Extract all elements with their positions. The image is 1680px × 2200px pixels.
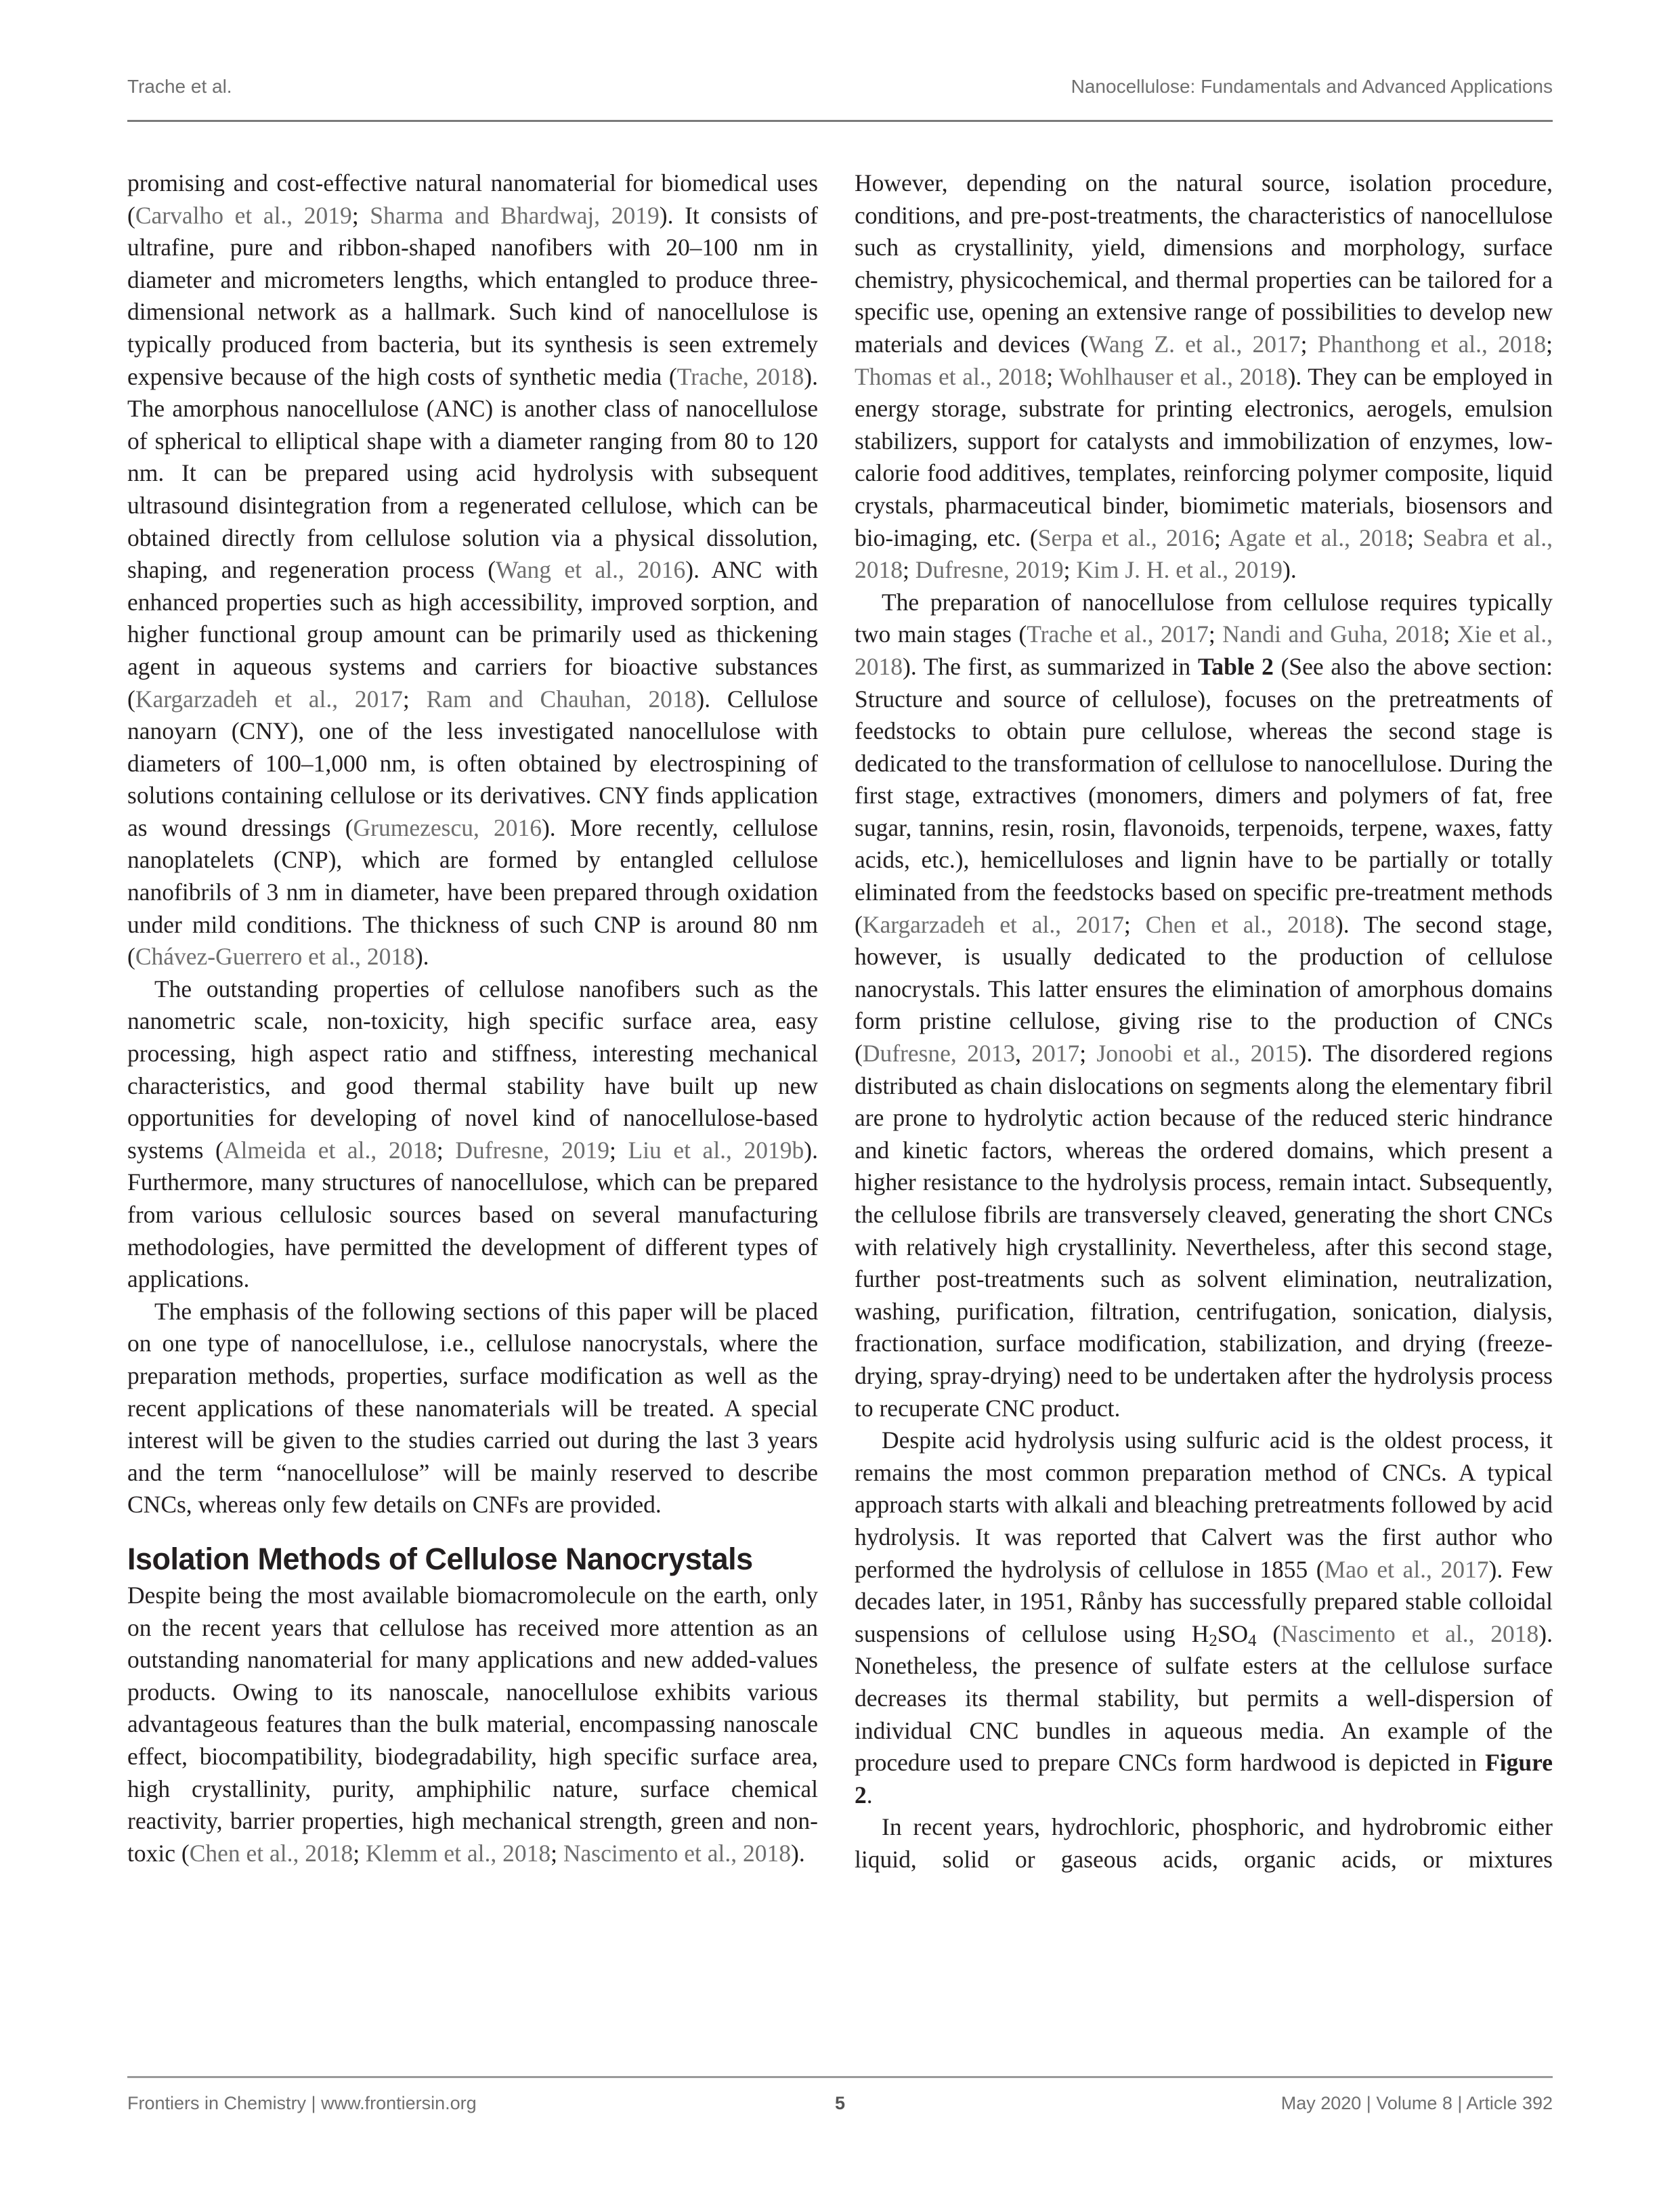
text: ; [1443, 620, 1457, 648]
citation-link[interactable]: Wang et al., 2016 [496, 556, 685, 583]
citation-link[interactable]: Serpa et al., 2016 [1038, 524, 1214, 551]
citation-link[interactable]: 2017 [1031, 1040, 1079, 1067]
text: ). [415, 943, 429, 970]
text: ). It consists of ultrafine, pure and ri… [127, 202, 818, 390]
citation-link[interactable]: Ram and Chauhan, 2018 [427, 685, 697, 713]
running-head: Trache et al. Nanocellulose: Fundamental… [127, 76, 1553, 108]
text: Despite being the most available biomacr… [127, 1582, 818, 1867]
text: ). The first, as summarized in [903, 653, 1198, 680]
paragraph-tailored-properties: However, depending on the natural source… [855, 167, 1553, 587]
citation-link[interactable]: Sharma and Bhardwaj, 2019 [370, 202, 659, 229]
text: ( [1257, 1620, 1281, 1647]
text: SO [1218, 1620, 1248, 1647]
text: ; [437, 1137, 455, 1164]
citation-link[interactable]: Mao et al., 2017 [1324, 1556, 1489, 1583]
citation-link[interactable]: Chen et al., 2018 [190, 1840, 353, 1867]
citation-link[interactable]: Trache et al., 2017 [1027, 620, 1209, 648]
text: ; [1407, 524, 1423, 551]
text: ; [1124, 911, 1146, 938]
text: ). The amorphous nanocellulose (ANC) is … [127, 363, 818, 584]
citation-link[interactable]: Wohlhauser et al., 2018 [1059, 363, 1288, 390]
section-heading: Isolation Methods of Cellulose Nanocryst… [127, 1540, 818, 1578]
citation-link[interactable]: Thomas et al., 2018 [855, 363, 1046, 390]
text: ; [1046, 363, 1059, 390]
text: , [1015, 1040, 1031, 1067]
paragraph-emphasis: The emphasis of the following sections o… [127, 1296, 818, 1521]
text: ; [1301, 331, 1318, 358]
text: The emphasis of the following sections o… [127, 1298, 818, 1519]
header-rule [127, 120, 1553, 122]
right-column: However, depending on the natural source… [855, 167, 1553, 1876]
text: ; [353, 1840, 366, 1867]
citation-link[interactable]: Nandi and Guha, 2018 [1222, 620, 1443, 648]
text: ; [1079, 1040, 1096, 1067]
citation-link[interactable]: Chen et al., 2018 [1146, 911, 1335, 938]
text: . [867, 1781, 873, 1808]
table-reference-link[interactable]: Table 2 [1198, 653, 1274, 680]
text: ; [1546, 331, 1553, 358]
citation-link[interactable]: Grumezescu, 2016 [353, 814, 542, 841]
citation-link[interactable]: Liu et al., 2019b [628, 1137, 804, 1164]
citation-link[interactable]: Kargarzadeh et al., 2017 [863, 911, 1124, 938]
paragraph-nanofiber-properties: The outstanding properties of cellulose … [127, 973, 818, 1296]
text: ; [1209, 620, 1222, 648]
text: The outstanding properties of cellulose … [127, 975, 818, 1164]
text: ; [352, 202, 370, 229]
citation-link[interactable]: Almeida et al., 2018 [223, 1137, 437, 1164]
subscript: 4 [1248, 1632, 1256, 1650]
citation-link[interactable]: Wang Z. et al., 2017 [1088, 331, 1300, 358]
text: ; [609, 1137, 628, 1164]
citation-link[interactable]: Kim J. H. et al., 2019 [1076, 556, 1283, 583]
citation-link[interactable]: Kargarzadeh et al., 2017 [135, 685, 403, 713]
citation-link[interactable]: Jonoobi et al., 2015 [1096, 1040, 1298, 1067]
footer-issue-info: May 2020 | Volume 8 | Article 392 [1281, 2093, 1553, 2114]
text: ). [1283, 556, 1297, 583]
citation-link[interactable]: Nascimento et al., 2018 [1280, 1620, 1538, 1647]
text: ; [551, 1840, 563, 1867]
text: (See also the above section: Structure a… [855, 653, 1553, 938]
citation-link[interactable]: Chávez-Guerrero et al., 2018 [135, 943, 415, 970]
citation-link[interactable]: Nascimento et al., 2018 [563, 1840, 791, 1867]
text: ; [403, 685, 427, 713]
running-head-title: Nanocellulose: Fundamentals and Advanced… [1071, 76, 1553, 98]
citation-link[interactable]: Carvalho et al., 2019 [135, 202, 352, 229]
page-footer: Frontiers in Chemistry | www.frontiersin… [127, 2093, 1553, 2120]
subscript: 2 [1209, 1632, 1217, 1650]
citation-link[interactable]: Dufresne, 2019 [916, 556, 1064, 583]
citation-link[interactable]: Klemm et al., 2018 [366, 1840, 551, 1867]
text: However, depending on the natural source… [855, 169, 1553, 358]
text: ; [1214, 524, 1228, 551]
text: ). The disordered regions distributed as… [855, 1040, 1553, 1422]
citation-link[interactable]: Dufresne, 2019 [455, 1137, 609, 1164]
citation-link[interactable]: Trache, 2018 [677, 363, 804, 390]
text: ). [791, 1840, 805, 1867]
paragraph-preparation-stages: The preparation of nanocellulose from ce… [855, 587, 1553, 1424]
paragraph-bacterial-nanocellulose: promising and cost-effective natural nan… [127, 167, 818, 973]
running-head-authors: Trache et al. [127, 76, 232, 98]
citation-link[interactable]: Agate et al., 2018 [1228, 524, 1407, 551]
citation-link[interactable]: Phanthong et al., 2018 [1318, 331, 1546, 358]
text: In recent years, hydrochloric, phosphori… [855, 1813, 1553, 1873]
paragraph-isolation-intro: Despite being the most available biomacr… [127, 1580, 818, 1869]
paragraph-other-acids: In recent years, hydrochloric, phosphori… [855, 1811, 1553, 1876]
footer-rule [127, 2076, 1553, 2078]
text: ; [1064, 556, 1077, 583]
citation-link[interactable]: Dufresne, 2013 [863, 1040, 1015, 1067]
text: ; [903, 556, 916, 583]
left-column: promising and cost-effective natural nan… [127, 167, 818, 1869]
text: ). They can be employed in energy storag… [855, 363, 1553, 551]
paragraph-sulfuric-acid: Despite acid hydrolysis using sulfuric a… [855, 1424, 1553, 1811]
